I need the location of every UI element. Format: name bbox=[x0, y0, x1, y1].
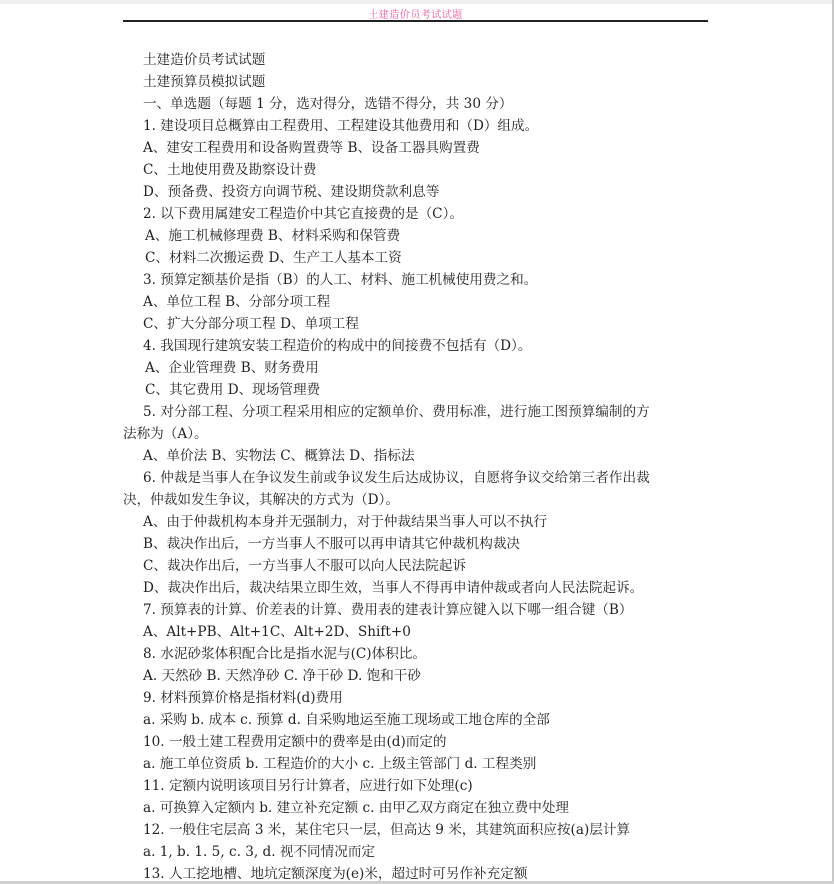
question-line: 法称为（A）。 bbox=[123, 423, 711, 445]
question-line: D、预备费、投资方向调节税、建设期贷款利息等 bbox=[123, 181, 711, 203]
section-heading: 一、单选题（每题 1 分，选对得分，选错不得分，共 30 分） bbox=[123, 93, 711, 115]
header-rule bbox=[123, 20, 708, 22]
question-line: A、企业管理费 B、财务费用 bbox=[123, 357, 711, 379]
document-title: 土建造价员考试试题 bbox=[123, 49, 711, 71]
question-line: B、裁决作出后，一方当事人不服可以再申请其它仲裁机构裁决 bbox=[123, 533, 711, 555]
question-line: 11. 定额内说明该项目另行计算者，应进行如下处理(c) bbox=[123, 775, 711, 797]
question-line: 决，仲裁如发生争议，其解决的方式为（D）。 bbox=[123, 489, 711, 511]
question-line: D、裁决作出后，裁决结果立即生效，当事人不得再申请仲裁或者向人民法院起诉。 bbox=[123, 577, 711, 599]
viewer-top-edge bbox=[0, 0, 834, 4]
question-line: C、材料二次搬运费 D、生产工人基本工资 bbox=[123, 247, 711, 269]
question-line: 8. 水泥砂浆体积配合比是指水泥与(C)体积比。 bbox=[123, 643, 711, 665]
question-line: C、扩大分部分项工程 D、单项工程 bbox=[123, 313, 711, 335]
question-line: 10. 一般土建工程费用定额中的费率是由(d)而定的 bbox=[123, 731, 711, 753]
question-line: 7. 预算表的计算、价差表的计算、费用表的建表计算应键入以下哪一组合键（B） bbox=[123, 599, 711, 621]
question-line: A、施工机械修理费 B、材料采购和保管费 bbox=[123, 225, 711, 247]
question-line: A、由于仲裁机构本身并无强制力，对于仲裁结果当事人可以不执行 bbox=[123, 511, 711, 533]
question-line: C、土地使用费及勘察设计费 bbox=[123, 159, 711, 181]
question-line: C、其它费用 D、现场管理费 bbox=[123, 379, 711, 401]
question-line: A. 天然砂 B. 天然净砂 C. 净干砂 D. 饱和干砂 bbox=[123, 665, 711, 687]
question-line: A、建安工程费用和设备购置费等 B、设备工器具购置费 bbox=[123, 137, 711, 159]
question-line: 2. 以下费用属建安工程造价中其它直接费的是（C）。 bbox=[123, 203, 711, 225]
question-line: a. 采购 b. 成本 c. 预算 d. 自采购地运至施工现场或工地仓库的全部 bbox=[123, 709, 711, 731]
question-line: 4. 我国现行建筑安装工程造价的构成中的间接费不包括有（D）。 bbox=[123, 335, 711, 357]
document-subtitle: 土建预算员模拟试题 bbox=[123, 71, 711, 93]
question-line: C、裁决作出后，一方当事人不服可以向人民法院起诉 bbox=[123, 555, 711, 577]
question-line: 9. 材料预算价格是指材料(d)费用 bbox=[123, 687, 711, 709]
question-line: a. 1, b. 1. 5, c. 3, d. 视不同情况而定 bbox=[123, 841, 711, 863]
running-header: 土建造价员考试试题 bbox=[123, 6, 708, 21]
question-line: A、单价法 B、实物法 C、概算法 D、指标法 bbox=[123, 445, 711, 467]
question-line: 5. 对分部工程、分项工程采用相应的定额单价、费用标准，进行施工图预算编制的方 bbox=[123, 401, 711, 423]
question-line: a. 施工单位资质 b. 工程造价的大小 c. 上级主管部门 d. 工程类别 bbox=[123, 753, 711, 775]
question-line: 13. 人工挖地槽、地坑定额深度为(e)米，超过时可另作补充定额 bbox=[123, 863, 711, 884]
question-line: 6. 仲裁是当事人在争议发生前或争议发生后达成协议，自愿将争议交给第三者作出裁 bbox=[123, 467, 711, 489]
question-line: 1. 建设项目总概算由工程费用、工程建设其他费用和（D）组成。 bbox=[123, 115, 711, 137]
question-line: a. 可换算入定额内 b. 建立补充定额 c. 由甲乙双方商定在独立费中处理 bbox=[123, 797, 711, 819]
question-line: 12. 一般住宅层高 3 米，某住宅只一层，但高达 9 米，其建筑面积应按(a)… bbox=[123, 819, 711, 841]
question-line: A、Alt+PB、Alt+1C、Alt+2D、Shift+0 bbox=[123, 621, 711, 643]
question-list: 1. 建设项目总概算由工程费用、工程建设其他费用和（D）组成。A、建安工程费用和… bbox=[123, 115, 711, 884]
question-line: 3. 预算定额基价是指（B）的人工、材料、施工机械使用费之和。 bbox=[123, 269, 711, 291]
document-body: 土建造价员考试试题 土建预算员模拟试题 一、单选题（每题 1 分，选对得分，选错… bbox=[123, 49, 711, 884]
question-line: A、单位工程 B、分部分项工程 bbox=[123, 291, 711, 313]
